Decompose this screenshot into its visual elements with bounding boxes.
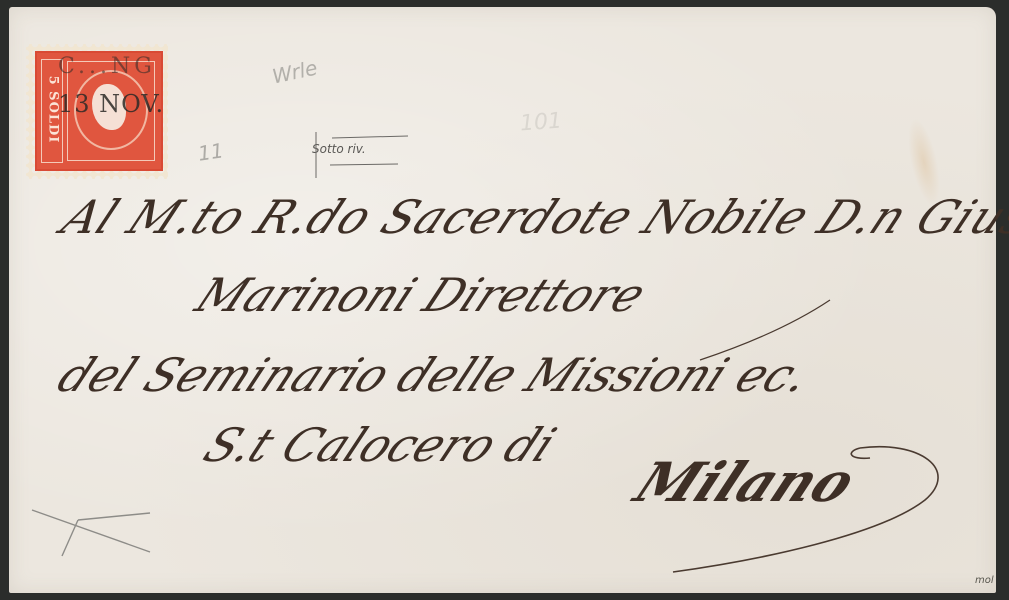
pencil-note-corner: mol	[975, 575, 994, 586]
address-city: Milano	[625, 450, 866, 514]
postmark-date: 13 NOV.	[58, 90, 164, 118]
pencil-note-below-stamp: 11	[196, 138, 225, 165]
address-line-4: S.t Calocero di	[195, 418, 564, 472]
pencil-note-boxed: Sotto riv.	[312, 142, 366, 156]
address-line-1: Al M.to R.do Sacerdote Nobile D.n Giusep…	[53, 190, 1009, 244]
postmark-town: C...NG	[58, 54, 156, 79]
address-line-2: Marinoni Direttore	[187, 268, 654, 322]
scanned-cover: 5 SOLDI C...NG 13 NOV. Wrle 11 Sotto riv…	[0, 0, 1009, 600]
address-line-3: del Seminario delle Missioni ec.	[49, 348, 819, 402]
pencil-note-faint: 101	[519, 109, 563, 137]
